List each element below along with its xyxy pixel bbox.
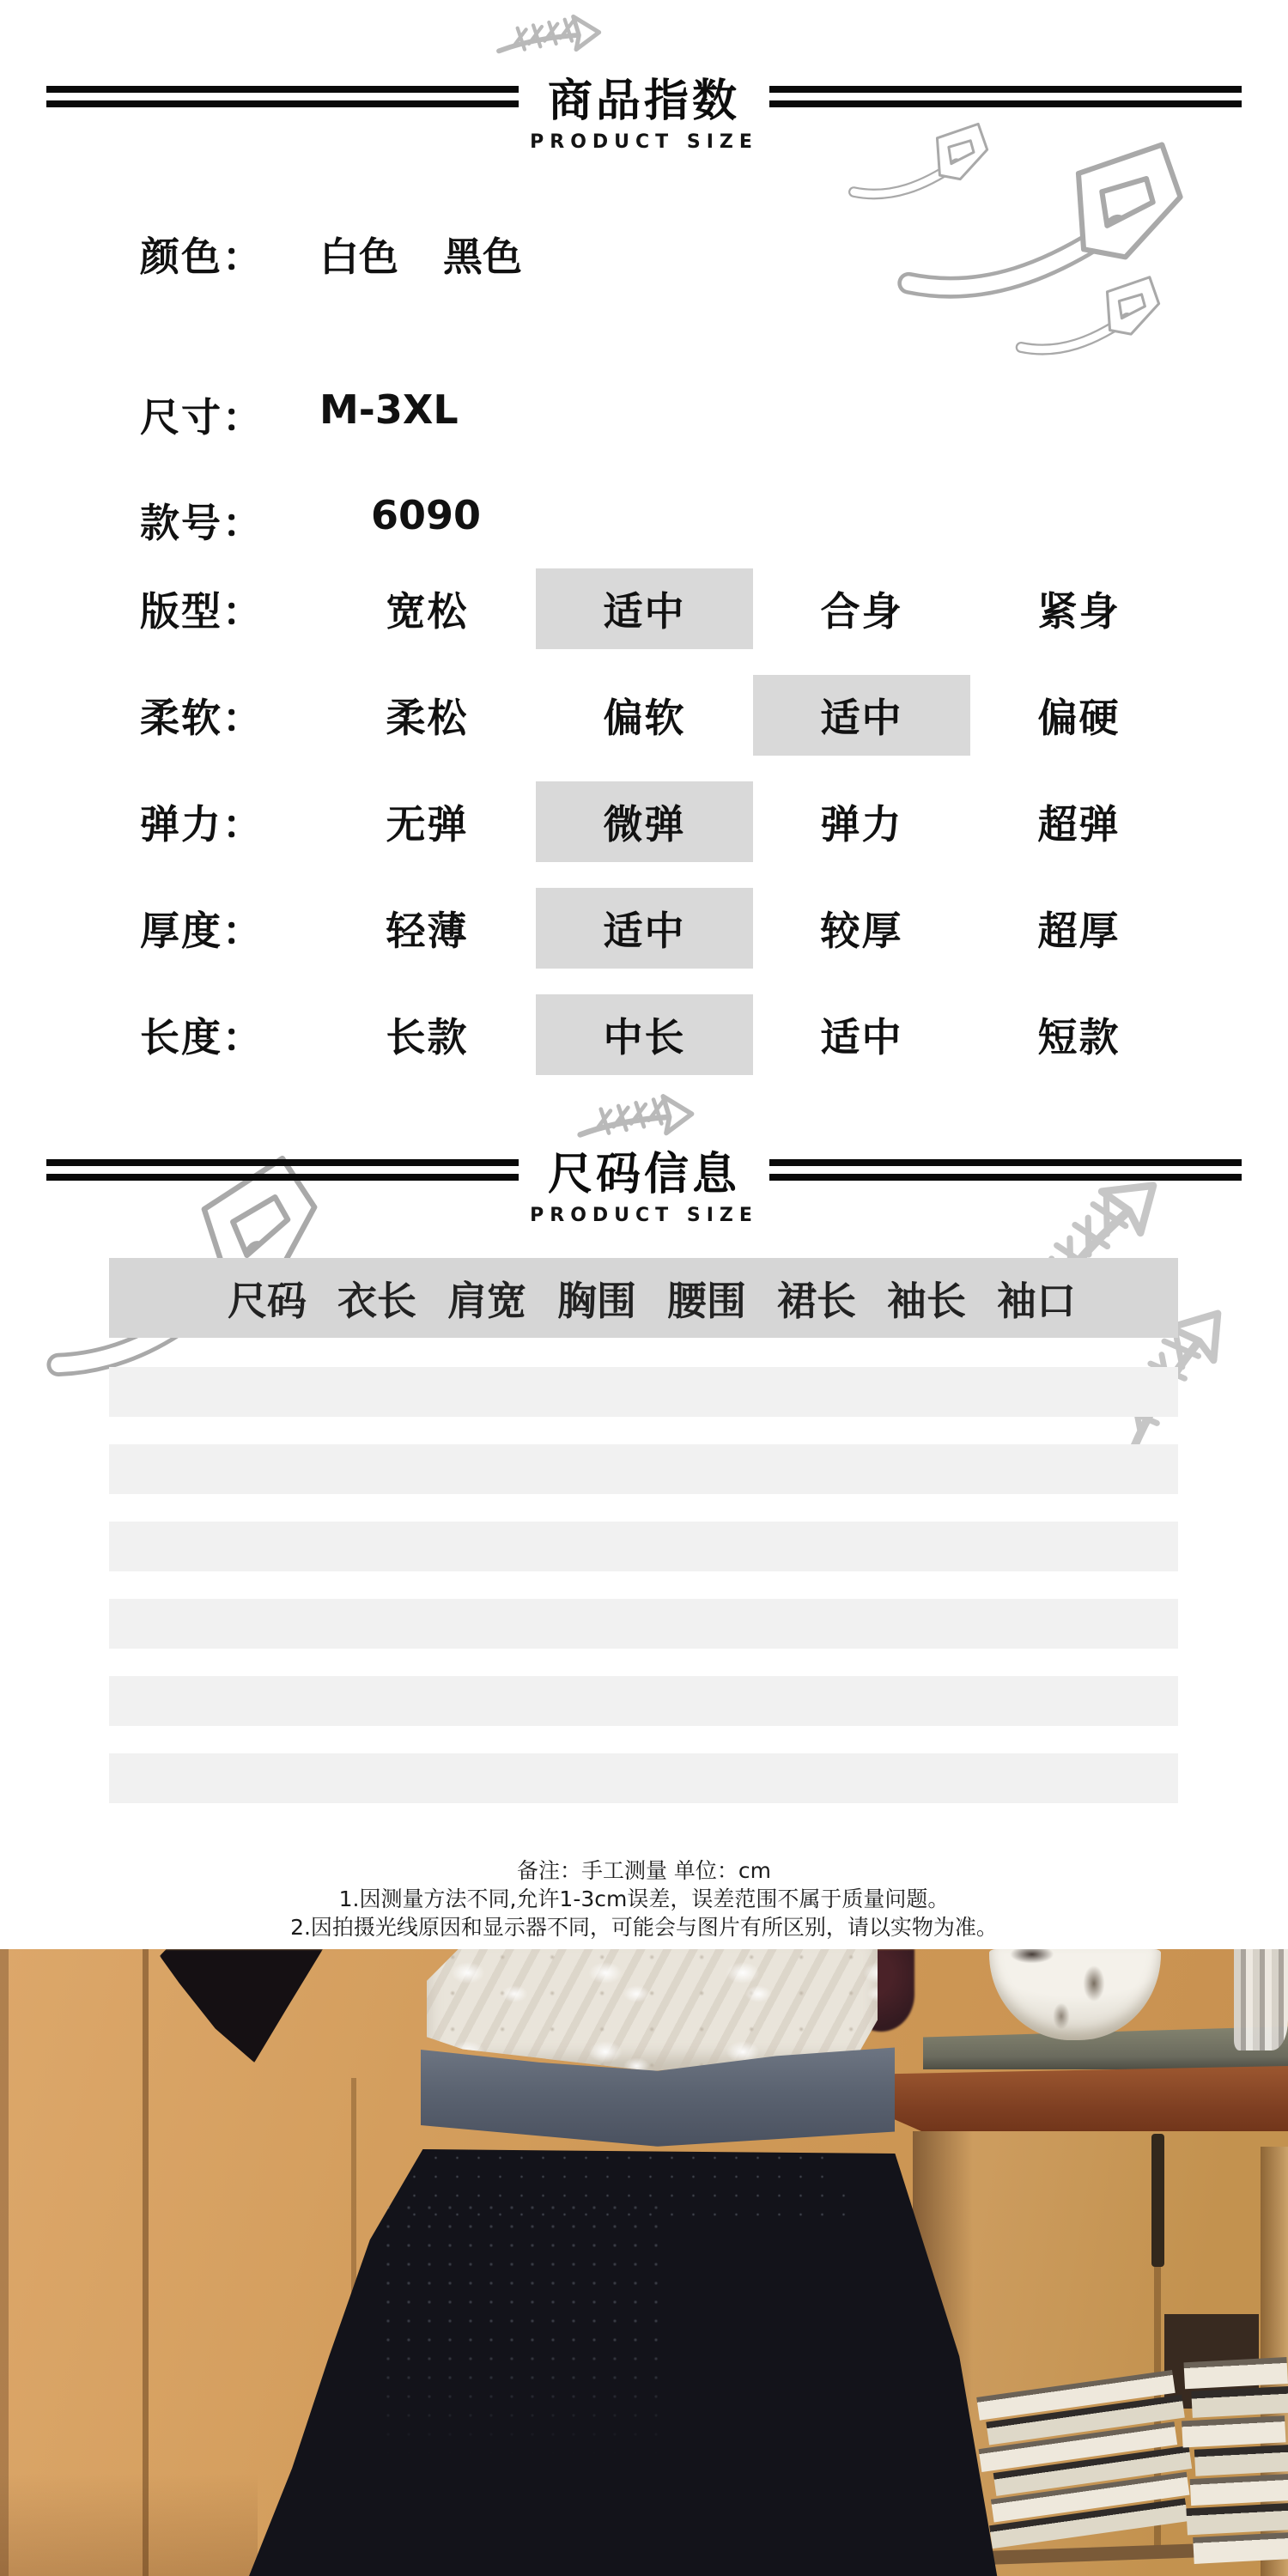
thickness-option: 较厚 — [753, 888, 970, 969]
length-option: 短款 — [970, 994, 1188, 1075]
softness-option: 偏硬 — [970, 675, 1188, 756]
size-table-empty-row — [109, 1522, 1178, 1571]
thickness-row: 厚度： 轻薄 适中 较厚 超厚 — [0, 888, 1288, 969]
elasticity-option: 无弹 — [319, 781, 536, 862]
size-table-empty-row — [109, 1367, 1178, 1417]
size-table-column: 胸围 — [557, 1270, 636, 1327]
size-value: M-3XL — [319, 386, 459, 433]
hair-lock — [160, 1949, 323, 2063]
thickness-option: 超厚 — [970, 888, 1188, 969]
measurement-notes: 备注：手工测量 单位：cm 1.因测量方法不同,允许1-3cm误差，误差范围不属… — [0, 1856, 1288, 1941]
style-number-row: 款号： 6090 — [0, 492, 1288, 540]
fit-option: 合身 — [753, 568, 970, 649]
book — [1194, 2445, 1288, 2476]
size-table-empty-row — [109, 1599, 1178, 1649]
size-info-subtitle: PRODUCT SIZE — [0, 1205, 1288, 1226]
header-rule-left — [46, 1159, 519, 1181]
fit-label: 版型： — [140, 580, 264, 637]
color-value: 黑色 — [443, 226, 522, 283]
softness-option: 偏软 — [536, 675, 753, 756]
lace-texture — [427, 1949, 878, 2071]
book — [1186, 2503, 1288, 2535]
length-option: 长款 — [319, 994, 536, 1075]
book — [1193, 2532, 1288, 2564]
size-table-header: 尺码 衣长 肩宽 胸围 腰围 裙长 袖长 袖口 — [109, 1258, 1178, 1338]
length-row: 长度： 长款 中长 适中 短款 — [0, 994, 1288, 1075]
mesh-texture — [378, 2198, 661, 2456]
elasticity-row: 弹力： 无弹 微弹 弹力 超弹 — [0, 781, 1288, 862]
size-table-empty-row — [109, 1753, 1178, 1803]
length-option: 适中 — [753, 994, 970, 1075]
size-table-column: 袖口 — [997, 1270, 1076, 1327]
header-rule-right — [769, 86, 1242, 107]
length-label: 长度： — [140, 1006, 264, 1063]
softness-label: 柔软： — [140, 687, 264, 744]
color-label: 颜色： — [140, 226, 264, 283]
product-detail-page: 商品指数 PRODUCT SIZE 颜色： 白色 黑色 尺寸： M-3XL 款号… — [0, 0, 1288, 2576]
color-row: 颜色： 白色 黑色 — [0, 226, 1288, 274]
size-table-empty-row — [109, 1676, 1178, 1726]
header-rule-right — [769, 1159, 1242, 1181]
fishbone-arrow-icon — [491, 5, 610, 65]
size-table-column: 尺码 — [228, 1270, 307, 1327]
elasticity-label: 弹力： — [140, 793, 264, 850]
size-label: 尺寸： — [140, 386, 264, 443]
book-stack — [976, 2370, 1196, 2567]
size-row: 尺寸： M-3XL — [0, 386, 1288, 434]
fit-option: 适中 — [536, 568, 753, 649]
note-line: 备注：手工测量 单位：cm — [0, 1856, 1288, 1885]
size-table-column: 腰围 — [667, 1270, 746, 1327]
size-table-column: 袖长 — [887, 1270, 966, 1327]
product-index-title: 商品指数 — [548, 64, 740, 129]
elasticity-option: 弹力 — [753, 781, 970, 862]
product-photo — [0, 1949, 1288, 2576]
size-info-title: 尺码信息 — [548, 1138, 740, 1202]
cabinet-slot — [1151, 2134, 1164, 2267]
color-value: 白色 — [319, 226, 398, 283]
glass-vessel — [1234, 1949, 1288, 2050]
fit-option: 紧身 — [970, 568, 1188, 649]
book — [1182, 2415, 1285, 2447]
book — [1190, 2474, 1288, 2506]
note-line: 1.因测量方法不同,允许1-3cm误差，误差范围不属于质量问题。 — [0, 1885, 1288, 1913]
book — [1183, 2357, 1287, 2389]
book — [1191, 2386, 1288, 2418]
size-table-empty-row — [109, 1444, 1178, 1494]
thickness-option: 适中 — [536, 888, 753, 969]
thickness-option: 轻薄 — [319, 888, 536, 969]
length-option: 中长 — [536, 994, 753, 1075]
softness-option: 适中 — [753, 675, 970, 756]
elasticity-option: 微弹 — [536, 781, 753, 862]
vase-markings — [996, 1949, 1159, 2035]
wall-shadow — [0, 2473, 258, 2576]
softness-option: 柔松 — [319, 675, 536, 756]
elasticity-option: 超弹 — [970, 781, 1188, 862]
thickness-label: 厚度： — [140, 900, 264, 957]
size-table-column: 裙长 — [777, 1270, 856, 1327]
size-table-column: 衣长 — [337, 1270, 416, 1327]
product-index-header: 商品指数 — [0, 72, 1288, 120]
style-number-value: 6090 — [371, 492, 481, 538]
softness-row: 柔软： 柔松 偏软 适中 偏硬 — [0, 675, 1288, 756]
size-info-header: 尺码信息 — [0, 1145, 1288, 1194]
style-number-label: 款号： — [140, 492, 264, 549]
product-index-subtitle: PRODUCT SIZE — [0, 131, 1288, 153]
header-rule-left — [46, 86, 519, 107]
note-line: 2.因拍摄光线原因和显示器不同，可能会与图片有所区别，请以实物为准。 — [0, 1913, 1288, 1941]
fit-row: 版型： 宽松 适中 合身 紧身 — [0, 568, 1288, 649]
size-table-column: 肩宽 — [447, 1270, 526, 1327]
book-stack — [1183, 2357, 1288, 2576]
fit-option: 宽松 — [319, 568, 536, 649]
wood-beam — [866, 2066, 1288, 2136]
